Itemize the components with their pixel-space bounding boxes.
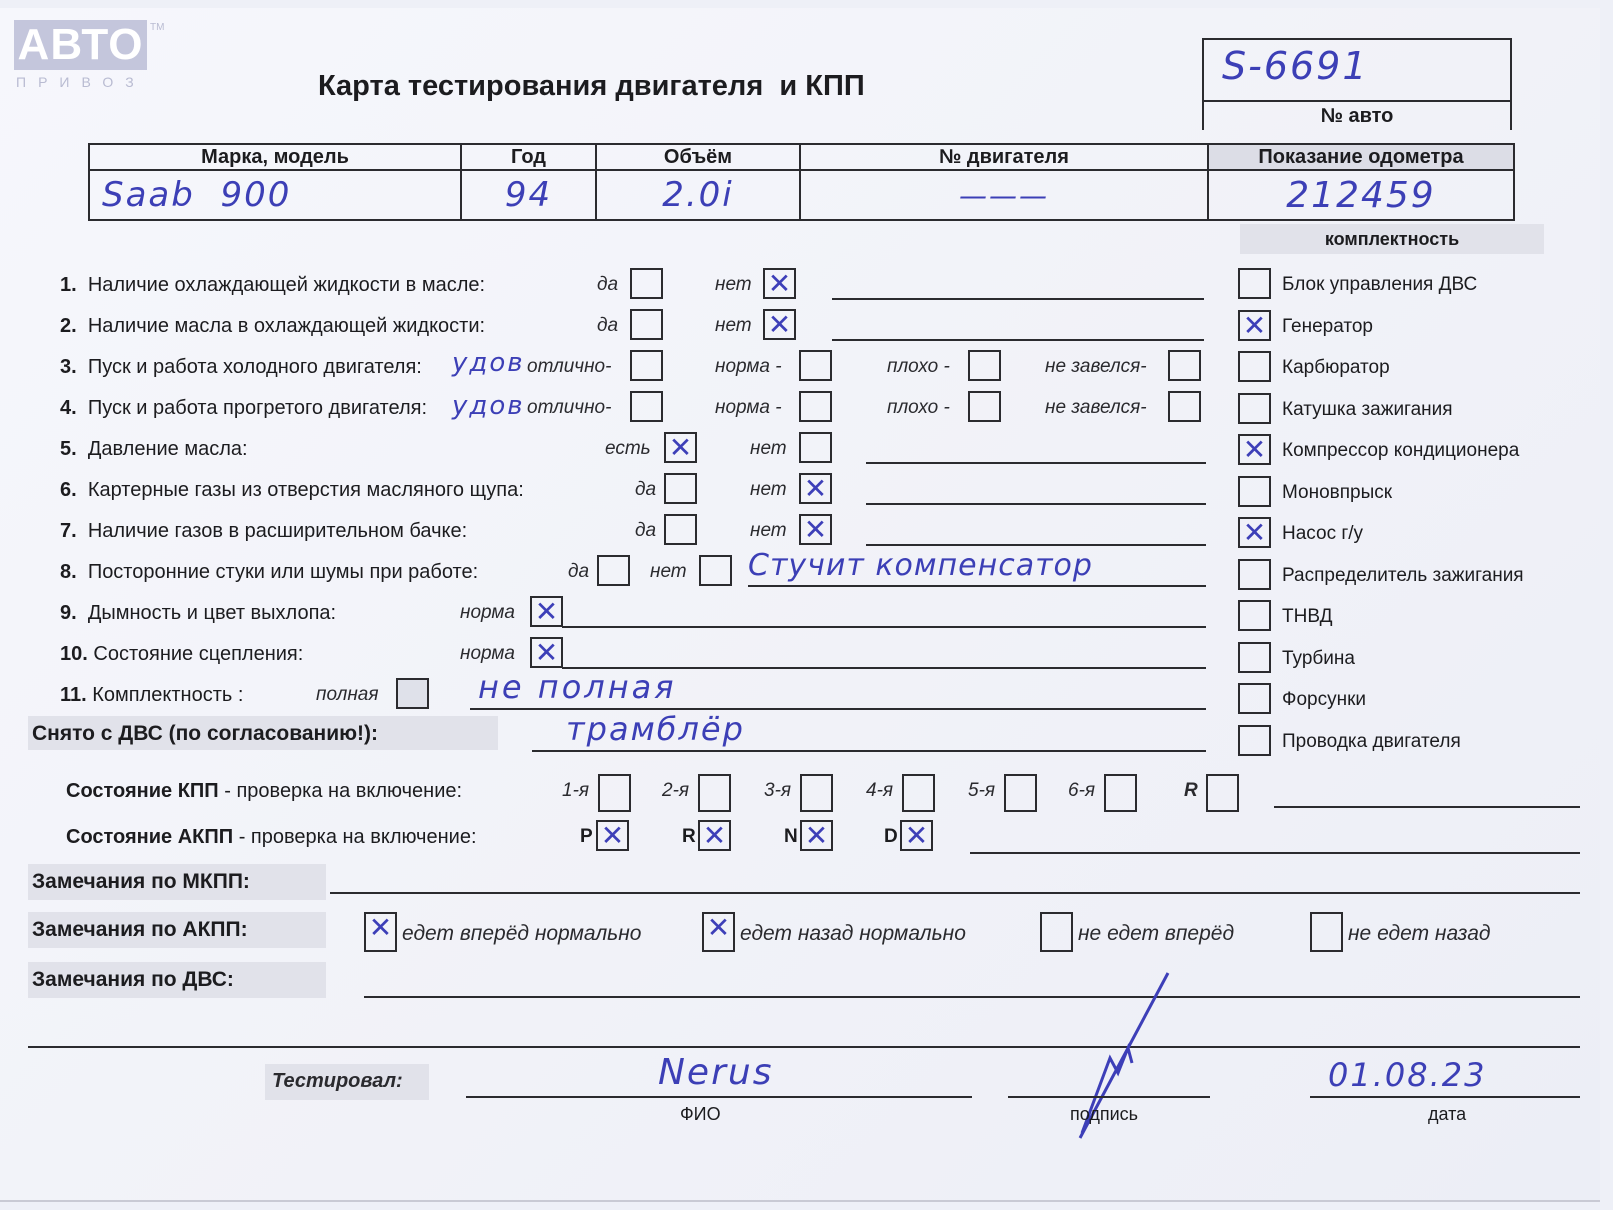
q1-yes-checkbox[interactable] xyxy=(630,268,663,299)
kit-item-label: Турбина xyxy=(1282,648,1355,670)
date-value[interactable]: 01.08.23 xyxy=(1328,1056,1487,1094)
akpp-remark-checkbox[interactable] xyxy=(364,912,397,952)
manual-gear-label: 3-я xyxy=(764,780,791,802)
removed-value[interactable]: трамблёр xyxy=(566,710,745,748)
q3-bad-checkbox[interactable] xyxy=(968,350,1001,381)
question-7: 7. Наличие газов в расширительном бачке: xyxy=(60,520,467,543)
question-3: 3. Пуск и работа холодного двигателя: xyxy=(60,356,422,379)
kit-checkbox[interactable] xyxy=(1238,559,1271,590)
kit-checkbox[interactable] xyxy=(1238,642,1271,673)
auto-gear-label: N xyxy=(784,826,798,848)
q6-note-line xyxy=(866,503,1206,505)
q3-bad-label: плохо - xyxy=(887,356,950,378)
manual-gear-label: 1-я xyxy=(562,780,589,802)
q4-note[interactable]: удов xyxy=(452,391,525,421)
manual-gear-checkbox[interactable] xyxy=(902,774,935,812)
kit-item-label: Моновпрыск xyxy=(1282,482,1392,504)
akpp-remark-checkbox[interactable] xyxy=(1310,912,1343,952)
car-number-box: S-6691 xyxy=(1202,38,1512,102)
q6-yes-label: да xyxy=(635,479,656,501)
question-9: 9. Дымность и цвет выхлопа: xyxy=(60,602,336,625)
question-2: 2. Наличие масла в охлаждающей жидкости: xyxy=(60,315,485,338)
q6-no-checkbox[interactable] xyxy=(799,473,832,504)
akpp-remark-label: не едет вперёд xyxy=(1078,922,1234,946)
question-5: 5. Давление масла: xyxy=(60,438,248,461)
kit-checkbox[interactable] xyxy=(1238,268,1271,299)
auto-gear-label: D xyxy=(884,826,898,848)
q4-excellent-checkbox[interactable] xyxy=(630,391,663,422)
date-line xyxy=(1310,1096,1580,1098)
q3-excellent-checkbox[interactable] xyxy=(630,350,663,381)
kit-checkbox[interactable] xyxy=(1238,434,1271,465)
year-value[interactable]: 94 xyxy=(461,170,596,220)
remarks-dvs-label: Замечания по ДВС: xyxy=(32,968,234,992)
akpp-remark-checkbox[interactable] xyxy=(1040,912,1073,952)
q8-yes-checkbox[interactable] xyxy=(597,555,630,586)
q6-no-label: нет xyxy=(750,479,787,501)
logo-subtitle: ПРИВОЗ xyxy=(16,74,146,90)
q6-yes-checkbox[interactable] xyxy=(664,473,697,504)
kit-checkbox[interactable] xyxy=(1238,310,1271,341)
kit-item-label: Форсунки xyxy=(1282,689,1366,711)
volume-value[interactable]: 2.0i xyxy=(596,170,800,220)
auto-gear-checkbox[interactable] xyxy=(698,820,731,851)
remarks-akpp-label: Замечания по АКПП: xyxy=(32,918,248,942)
kit-checkbox[interactable] xyxy=(1238,393,1271,424)
car-number-label: № авто xyxy=(1202,100,1512,130)
logo: АВТО xyxy=(14,20,147,70)
kit-item-label: Проводка двигателя xyxy=(1282,731,1461,753)
tester-name-line xyxy=(466,1096,972,1098)
car-number-value[interactable]: S-6691 xyxy=(1222,44,1369,88)
test-card: АВТО TM ПРИВОЗ Карта тестирования двигат… xyxy=(0,8,1600,1202)
question-4: 4. Пуск и работа прогретого двигателя: xyxy=(60,397,427,420)
make-model-value[interactable]: Saab 900 xyxy=(89,170,461,220)
tested-by-label: Тестировал: xyxy=(272,1070,403,1093)
auto-gear-label: P xyxy=(580,826,593,848)
auto-gearbox-note-line xyxy=(970,852,1580,854)
manual-gear-checkbox[interactable] xyxy=(698,774,731,812)
q2-note-line xyxy=(832,339,1204,341)
q11-full-checkbox[interactable] xyxy=(396,678,429,709)
kit-item-label: Карбюратор xyxy=(1282,357,1390,379)
manual-gear-label: 6-я xyxy=(1068,780,1095,802)
q4-excellent-label: отлично- xyxy=(527,397,611,419)
q1-no-label: нет xyxy=(715,274,752,296)
q11-full-label: полная xyxy=(316,684,379,706)
odometer-value[interactable]: 212459 xyxy=(1208,170,1514,220)
kit-item-label: ТНВД xyxy=(1282,606,1332,628)
removed-label: Снято с ДВС (по согласованию!): xyxy=(32,722,378,746)
tester-name-caption: ФИО xyxy=(680,1104,721,1125)
manual-gear-checkbox[interactable] xyxy=(1206,774,1239,812)
q8-no-checkbox[interactable] xyxy=(699,555,732,586)
q4-no-start-checkbox[interactable] xyxy=(1168,391,1201,422)
q3-note[interactable]: удов xyxy=(452,348,525,378)
q11-note[interactable]: не полная xyxy=(478,668,677,706)
question-8: 8. Посторонние стуки или шумы при работе… xyxy=(60,561,478,584)
kit-item-label: Катушка зажигания xyxy=(1282,399,1453,421)
q5-yes-checkbox[interactable] xyxy=(664,432,697,463)
kit-checkbox[interactable] xyxy=(1238,351,1271,382)
tester-name[interactable]: Nerus xyxy=(658,1052,773,1093)
q7-no-checkbox[interactable] xyxy=(799,514,832,545)
q8-no-label: нет xyxy=(650,561,687,583)
col-make-model: Марка, модель xyxy=(89,144,461,170)
q3-normal-checkbox[interactable] xyxy=(799,350,832,381)
manual-gear-label: R xyxy=(1184,780,1198,802)
manual-gear-label: 5-я xyxy=(968,780,995,802)
akpp-remark-label: не едет назад xyxy=(1348,922,1490,946)
q8-note[interactable]: Стучит компенсатор xyxy=(748,548,1093,583)
kit-item-label: Распределитель зажигания xyxy=(1282,565,1524,587)
auto-gearbox-label: Состояние АКПП - проверка на включение: xyxy=(66,826,477,849)
col-odometer: Показание одометра xyxy=(1208,144,1514,170)
q7-note-line xyxy=(866,544,1206,546)
kit-checkbox[interactable] xyxy=(1238,683,1271,714)
manual-gear-label: 4-я xyxy=(866,780,893,802)
q9-normal-checkbox[interactable] xyxy=(530,596,563,627)
completeness-title: комплектность xyxy=(1240,229,1544,250)
q8-yes-label: да xyxy=(568,561,589,583)
q7-yes-checkbox[interactable] xyxy=(664,514,697,545)
manual-gearbox-label: Состояние КПП - проверка на включение: xyxy=(66,780,462,803)
kit-item-label: Насос г/у xyxy=(1282,523,1363,545)
manual-gear-checkbox[interactable] xyxy=(1004,774,1037,812)
q1-yes-label: да xyxy=(597,274,618,296)
remarks-mkpp-label: Замечания по МКПП: xyxy=(32,870,250,894)
q4-no-start-label: не завелся- xyxy=(1045,397,1147,419)
question-10: 10. Состояние сцепления: xyxy=(60,643,303,666)
q10-normal-checkbox[interactable] xyxy=(530,637,563,668)
q3-excellent-label: отлично- xyxy=(527,356,611,378)
signature-caption: подпись xyxy=(1070,1104,1138,1125)
q4-normal-checkbox[interactable] xyxy=(799,391,832,422)
q5-note-line xyxy=(866,462,1206,464)
q1-note-line xyxy=(832,298,1204,300)
auto-gear-label: R xyxy=(682,826,696,848)
q7-yes-label: да xyxy=(635,520,656,542)
col-volume: Объём xyxy=(596,144,800,170)
manual-gear-checkbox[interactable] xyxy=(800,774,833,812)
kit-checkbox[interactable] xyxy=(1238,725,1271,756)
logo-trademark: TM xyxy=(150,22,164,33)
col-engine-number: № двигателя xyxy=(800,144,1208,170)
q3-no-start-checkbox[interactable] xyxy=(1168,350,1201,381)
akpp-remark-checkbox[interactable] xyxy=(702,912,735,952)
engine-number-value[interactable]: ——— xyxy=(800,170,1208,220)
remarks-dvs-line-2[interactable] xyxy=(28,1046,1580,1048)
q10-normal-label: норма xyxy=(460,643,515,665)
question-6: 6. Картерные газы из отверстия масляного… xyxy=(60,479,524,502)
q2-yes-checkbox[interactable] xyxy=(630,309,663,340)
q9-normal-label: норма xyxy=(460,602,515,624)
auto-gear-checkbox[interactable] xyxy=(596,820,629,851)
kit-checkbox[interactable] xyxy=(1238,476,1271,507)
date-caption: дата xyxy=(1428,1104,1466,1125)
q2-no-checkbox[interactable] xyxy=(763,309,796,340)
q9-note-line xyxy=(562,626,1206,628)
q2-no-label: нет xyxy=(715,315,752,337)
kit-checkbox[interactable] xyxy=(1238,600,1271,631)
remarks-dvs-line[interactable] xyxy=(364,996,1580,998)
manual-gear-checkbox[interactable] xyxy=(598,774,631,812)
vehicle-info-table: Марка, модель Год Объём № двигателя Пока… xyxy=(88,143,1515,221)
page-title: Карта тестирования двигателя и КПП xyxy=(318,70,865,103)
removed-line xyxy=(532,750,1206,752)
q5-no-label: нет xyxy=(750,438,787,460)
question-1: 1. Наличие охлаждающей жидкости в масле: xyxy=(60,274,485,297)
q3-normal-label: норма - xyxy=(715,356,782,378)
kit-item-label: Компрессор кондиционера xyxy=(1282,440,1519,462)
manual-gear-label: 2-я xyxy=(662,780,689,802)
q5-no-checkbox[interactable] xyxy=(799,432,832,463)
q4-bad-label: плохо - xyxy=(887,397,950,419)
auto-gear-checkbox[interactable] xyxy=(800,820,833,851)
manual-gear-checkbox[interactable] xyxy=(1104,774,1137,812)
q4-normal-label: норма - xyxy=(715,397,782,419)
auto-gear-checkbox[interactable] xyxy=(900,820,933,851)
col-year: Год xyxy=(461,144,596,170)
q4-bad-checkbox[interactable] xyxy=(968,391,1001,422)
manual-gearbox-note-line xyxy=(1274,806,1580,808)
signature-line[interactable] xyxy=(1008,1096,1210,1098)
remarks-mkpp-line[interactable] xyxy=(330,892,1580,894)
q7-no-label: нет xyxy=(750,520,787,542)
akpp-remark-label: едет вперёд нормально xyxy=(402,922,641,946)
akpp-remark-label: едет назад нормально xyxy=(740,922,966,946)
kit-item-label: Генератор xyxy=(1282,316,1373,338)
q5-yes-label: есть xyxy=(605,438,651,460)
q3-no-start-label: не завелся- xyxy=(1045,356,1147,378)
question-11: 11. Комплектность : xyxy=(60,684,243,707)
kit-checkbox[interactable] xyxy=(1238,517,1271,548)
q8-note-line xyxy=(748,585,1206,587)
kit-item-label: Блок управления ДВС xyxy=(1282,274,1477,296)
q1-no-checkbox[interactable] xyxy=(763,268,796,299)
q2-yes-label: да xyxy=(597,315,618,337)
